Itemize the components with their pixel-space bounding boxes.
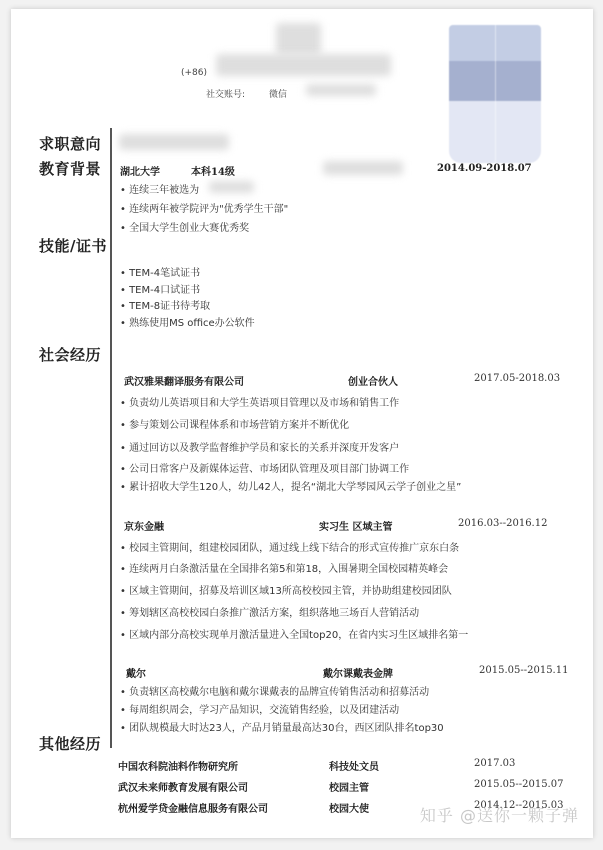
exp-bullet: 区域主管期间，招募及培训区域13所高校校园主管，并协助组建校园团队 [120,582,452,597]
exp-role: 创业合伙人 [348,373,398,388]
exp-company: 戴尔 [126,665,146,680]
skill-item: 熟练使用MS office办公软件 [120,314,255,329]
exp-bullet: 筹划辖区高校校园白条推广激活方案，组织落地三场百人营销活动 [120,604,419,619]
intent-redacted [119,134,229,150]
award-redacted [209,181,254,193]
exp-bullet: 通过回访以及教学监督维护学员和家长的关系并深度开发客户 [120,439,399,454]
name-redacted [276,23,321,55]
phone-prefix: (+86) [181,68,207,78]
exp-date: 2017.05-2018.03 [474,373,560,384]
exp-bullet: 参与策划公司课程体系和市场营销方案并不断优化 [120,416,349,431]
exp-date: 2016.03--2016.12 [458,518,547,529]
exp-bullet: 每周组织周会，学习产品知识，交流销售经验，以及团建活动 [120,701,399,716]
exp-bullet: 团队规模最大时达23人，产品月销量最高达30台，西区团队排名top30 [120,719,444,734]
contact-redacted [216,54,391,76]
section-title-social: 社会经历 [39,344,101,365]
exp-role: 戴尔课戴表金牌 [323,665,393,680]
education-bullet: 全国大学生创业大赛优秀奖 [120,219,249,234]
other-role: 科技处文员 [329,758,379,773]
exp-bullet: 连续两月白条激活量在全国排名第5和第18，入围暑期全国校园精英峰会 [120,560,448,575]
education-bullet: 连续两年被学院评为"优秀学生干部" [120,200,288,215]
profile-photo [449,25,541,163]
other-date: 2017.03 [474,758,515,769]
exp-bullet: 区域内部分高校实现单月激活量进入全国top20，在省内实习生区域排名第一 [120,626,468,641]
exp-role: 实习生 区域主管 [319,518,392,533]
exp-bullet: 校园主管期间，组建校园团队，通过线上线下结合的形式宣传推广京东白条 [120,539,459,554]
resume-page: (+86) 社交账号: 微信 求职意向 教育背景 技能/证书 社会经历 其他经历… [11,9,593,838]
section-title-intent: 求职意向 [39,133,101,154]
exp-bullet: 负责辖区高校戴尔电脑和戴尔课戴表的品牌宣传销售活动和招募活动 [120,683,429,698]
education-bullet: 连续三年被选为 [120,181,199,196]
education-degree: 本科14级 [191,163,235,178]
skill-item: TEM-4口试证书 [120,281,200,296]
social-label: 社交账号: [206,87,245,100]
exp-date: 2015.05--2015.11 [479,665,568,676]
other-role: 校园大使 [329,800,369,815]
skill-item: TEM-8证书待考取 [120,297,210,312]
section-title-other: 其他经历 [39,733,101,754]
education-school: 湖北大学 [120,163,160,178]
exp-bullet: 负责幼儿英语项目和大学生英语项目管理以及市场和销售工作 [120,394,399,409]
section-title-skills: 技能/证书 [39,235,107,256]
section-title-education: 教育背景 [39,158,101,179]
other-org: 杭州爱学贷金融信息服务有限公司 [118,800,268,815]
education-date: 2014.09-2018.07 [437,163,532,174]
social-type: 微信 [269,87,287,100]
exp-bullet: 累计招收大学生120人，幼儿42人，提名“湖北大学琴园风云学子创业之星” [120,478,461,493]
watermark: 知乎 @送你一颗子弹 [420,803,579,826]
other-org: 中国农科院油料作物研究所 [118,758,238,773]
major-redacted [323,161,403,175]
social-redacted [306,84,376,96]
skill-item: TEM-4笔试证书 [120,264,200,279]
exp-company: 京东金融 [124,518,164,533]
other-role: 校园主管 [329,779,369,794]
exp-company: 武汉雅果翻译服务有限公司 [124,373,244,388]
other-org: 武汉未来师教育发展有限公司 [118,779,248,794]
exp-bullet: 公司日常客户及新媒体运营、市场团队管理及项目部门协调工作 [120,460,409,475]
other-date: 2015.05--2015.07 [474,779,563,790]
vertical-divider [110,128,112,748]
